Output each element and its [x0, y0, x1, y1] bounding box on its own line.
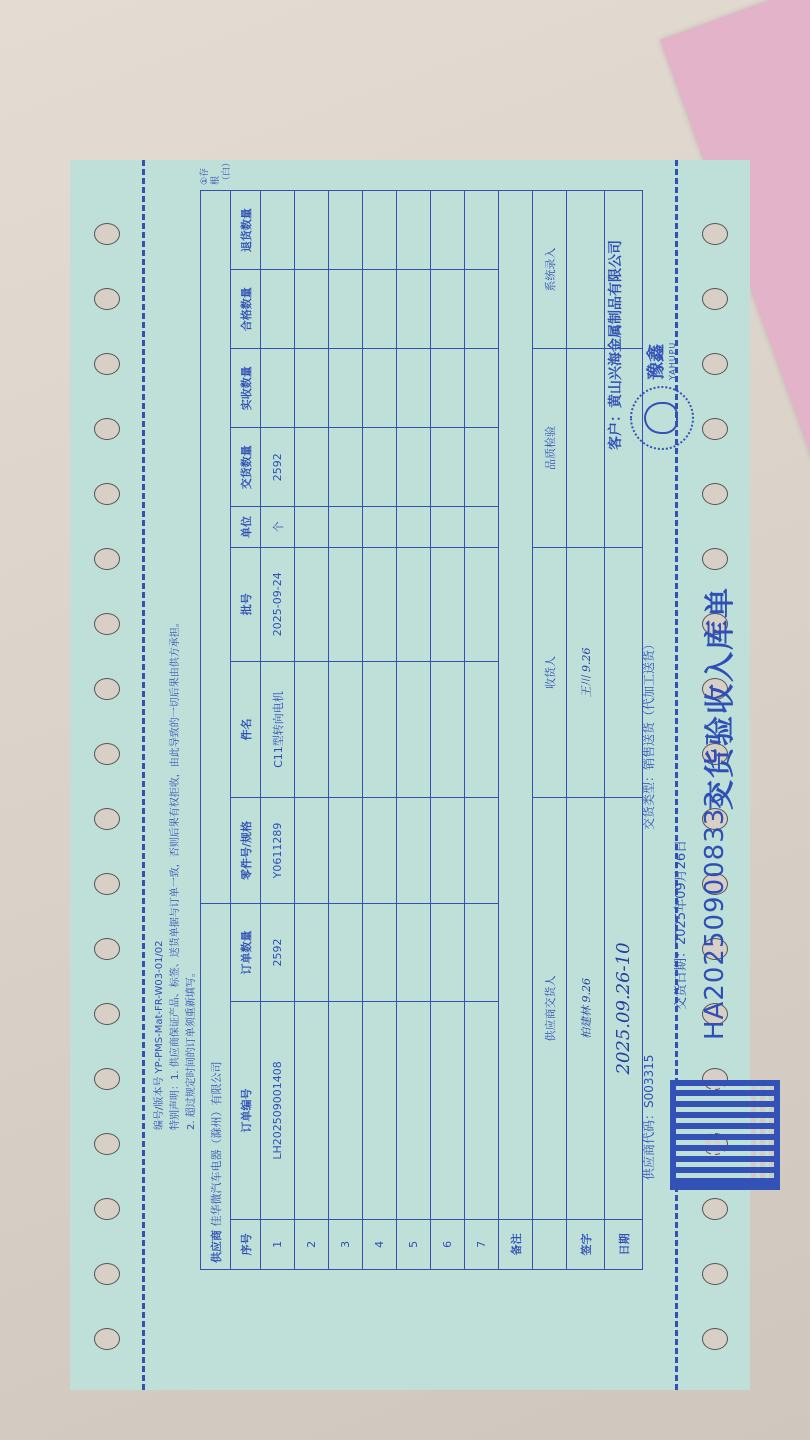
delivery-date: 交货日期：2025年09月26日: [670, 840, 689, 1010]
table-row: 2: [295, 191, 329, 1270]
perforated-strip-top: [70, 160, 140, 1390]
special-statement: 特别声明：1. 供应商保证产品、标签、送货单据与订单一致，否则后果有权拒收，由此…: [166, 617, 181, 1130]
items-table: 供应商 佳华微汽车电器（滁州）有限公司 序号 订单编号 订单数量 零件号/规格 …: [200, 190, 643, 1270]
form-code: 编号/版本号 YP-PMS-Mat-FR-W03-01/02: [150, 940, 165, 1130]
table-row: 5: [397, 191, 431, 1270]
table-row: 4: [363, 191, 397, 1270]
brand-name-en: YAHUPU: [668, 342, 677, 380]
table-row: 7: [465, 191, 499, 1270]
signature-roles-row: 供应商交货人 收货人 品质检验 系统录入: [533, 191, 567, 1270]
form-title: 交货验收入库单: [695, 586, 739, 810]
supplier-sign-date: 2025.09.26-10: [605, 798, 643, 1219]
table-row: 3: [329, 191, 363, 1270]
date-row: 日期 2025.09.26-10: [605, 191, 643, 1270]
table-row: 6: [431, 191, 465, 1270]
delivery-receipt-form: 豫鑫 YAHUPU 客户：黄山兴海金属制品有限公司 交货验收入库单 HA2025…: [70, 160, 750, 1390]
document-number: HA202509008333: [700, 790, 730, 1040]
remarks-row: 备注: [499, 191, 533, 1270]
copy-distribution-legend: ①存根（白）: [200, 163, 233, 185]
statement-line-2: 2. 超过规定时间的订单须重新填写。: [182, 967, 197, 1130]
signature-row: 签字 柏建林 9.26 王川 9.26: [567, 191, 605, 1270]
receiver-signature: 王川 9.26: [567, 547, 605, 798]
table-row: 1 LH202509001408 2592 Y0611289 C11型转向电机 …: [261, 191, 295, 1270]
qr-code-icon: [670, 1080, 780, 1190]
brand-name: 豫鑫: [642, 344, 668, 380]
supplier-signature: 柏建林 9.26: [567, 798, 605, 1219]
table-header-row: 序号 订单编号 订单数量 零件号/规格 件名 批号 单位 交货数量 实收数量 合…: [231, 191, 261, 1270]
supplier-row: 供应商 佳华微汽车电器（滁州）有限公司: [201, 903, 231, 1269]
